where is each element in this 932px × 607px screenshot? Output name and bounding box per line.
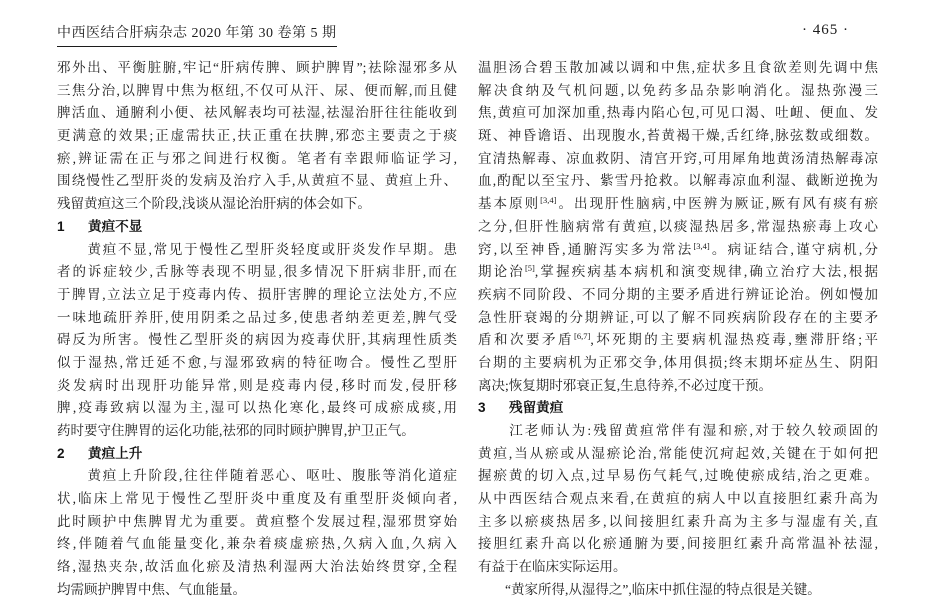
citation-ref: [3,4]	[540, 195, 556, 205]
text-line: 者的诉症较少,舌脉等表现不明显,很多情况下肝病非肝,而在	[57, 261, 457, 284]
text-line: “黄家所得,从湿得之”,临床中抓住湿的特点很是关键。	[478, 579, 878, 602]
text-line: 药时要守住脾胃的运化功能,祛邪的同时顾护脾胃,护卫正气。	[57, 420, 457, 443]
text-line: 邪外出、平衡脏腑,牢记“肝病传脾、顾护脾胃”;祛除湿邪多从	[57, 57, 457, 80]
text-line: 握瘀黄的切入点,过早易伤气耗气,过晚使瘀成结,治之更难。	[478, 465, 878, 488]
text-line: 三焦分治,以脾胃中焦为枢纽,不仅可从汗、尿、便而解,而且健	[57, 80, 457, 103]
text-line: 均需顾护脾胃中焦、气血能量。	[57, 579, 457, 602]
right-column: 温胆汤合碧玉散加减以调和中焦,症状多且食欲差则先调中焦解决食纳及气机问题,以免药…	[478, 57, 878, 602]
text-line: 脾,疫毒致病以湿为主,湿可以热化寒化,最终可成瘀成痰,用	[57, 397, 457, 420]
text-line: 血,酌配以至宝丹、紫雪丹抢救。以解毒凉血利湿、截断逆挽为	[478, 170, 878, 193]
text-line: 黄疸不显,常见于慢性乙型肝炎轻度或肝炎发作早期。患	[57, 239, 457, 262]
text-line: 围绕慢性乙型肝炎的发病及治疗入手,从黄疸不显、黄疸上升、	[57, 170, 457, 193]
text-line: 期论治[5],掌握疾病基本病机和演变规律,确立治疗大法,根据	[478, 261, 878, 284]
text-line: 盾和次要矛盾[6,7],坏死期的主要病机湿热疫毒,壅滞肝络;平	[478, 329, 878, 352]
section-title: 残留黄疸	[509, 400, 563, 415]
text-line: 络,湿热夹杂,故活血化瘀及清热利湿两大治法始终贯穿,全程	[57, 556, 457, 579]
text-line: 急性肝衰竭的分期辨证,可以了解不同疾病阶段存在的主要矛	[478, 307, 878, 330]
text-line: 碍反为所害。慢性乙型肝炎的病因为疫毒伏肝,其病理性质类	[57, 329, 457, 352]
text-line: 之分,但肝性脑病常有黄疸,以痰湿热居多,常湿热瘀毒上攻心	[478, 216, 878, 239]
text-line: 从中西医结合观点来看,在黄疸的病人中以直接胆红素升高为	[478, 488, 878, 511]
journal-page: 中西医结合肝病杂志 2020 年第 30 卷第 5 期 · 465 · 邪外出、…	[0, 0, 932, 607]
text-line: 主多以瘀痰热居多,以间接胆红素升高为主多与湿虚有关,直	[478, 511, 878, 534]
text-line: 疾病不同阶段、不同分期的主要矛盾进行辨证论治。例如慢加	[478, 284, 878, 307]
text-line: 脾活血、通腑利小便、祛风解表均可祛湿,祛湿治肝往往能收到	[57, 102, 457, 125]
section-title: 黄疸不显	[88, 219, 142, 234]
text-line: 接胆红素升高以化瘀通腑为要,间接胆红素升高常温补祛湿,	[478, 533, 878, 556]
section-number: 1	[57, 216, 88, 239]
section-number: 2	[57, 443, 88, 466]
text-line: 黄疸,当从瘀或从湿瘀论治,常能使沉疴起效,关键在于如何把	[478, 443, 878, 466]
citation-ref: [3,4]	[693, 241, 709, 251]
text-line: 台期的主要病机为正邪交争,体用俱损;终末期坏症丛生、阴阳	[478, 352, 878, 375]
text-line: 江老师认为:残留黄疸常伴有湿和瘀,对于较久较顽固的	[478, 420, 878, 443]
text-line: 炎发病时出现肝功能异常,则是疫毒内侵,移时而发,侵肝移	[57, 375, 457, 398]
section-heading: 3残留黄疸	[478, 397, 878, 420]
article-body: 邪外出、平衡脏腑,牢记“肝病传脾、顾护脾胃”;祛除湿邪多从三焦分治,以脾胃中焦为…	[57, 57, 878, 602]
text-line: 窍,以至神昏,通腑泻实多为常法[3,4]。病证结合,谨守病机,分	[478, 239, 878, 262]
text-line: 残留黄疸这三个阶段,浅谈从湿论治肝病的体会如下。	[57, 193, 457, 216]
text-line: 此时顾护中焦脾胃尤为重要。黄疸整个发展过程,湿邪贯穿始	[57, 511, 457, 534]
text-line: 更满意的效果;正虚需扶正,扶正重在扶脾,邪恋主要责之于痰	[57, 125, 457, 148]
page-header: 中西医结合肝病杂志 2020 年第 30 卷第 5 期 · 465 ·	[57, 22, 877, 47]
section-number: 3	[478, 397, 509, 420]
text-line: 终,伴随着气血能量变化,兼杂着痰虚瘀热,久病入血,久病入	[57, 533, 457, 556]
section-title: 黄疸上升	[88, 446, 142, 461]
text-line: 焦,黄疸可加深加重,热毒内陷心包,可见口渴、吐衄、便血、发	[478, 102, 878, 125]
text-line: 黄疸上升阶段,往往伴随着恶心、呕吐、腹胀等消化道症	[57, 465, 457, 488]
citation-ref: [6,7]	[574, 331, 590, 341]
text-line: 于脾胃,立法立足于疫毒内传、损肝害脾的理论立法处方,不应	[57, 284, 457, 307]
text-line: 宜清热解毒、凉血救阴、清宫开窍,可用犀角地黄汤清热解毒凉	[478, 148, 878, 171]
text-line: 温胆汤合碧玉散加减以调和中焦,症状多且食欲差则先调中焦	[478, 57, 878, 80]
section-heading: 1黄疸不显	[57, 216, 457, 239]
text-line: 瘀,辨证需在正与邪之间进行权衡。笔者有幸跟师临证学习,	[57, 148, 457, 171]
text-line: 离决;恢复期时邪衰正复,生息待养,不必过度干预。	[478, 375, 878, 398]
text-line: 解决食纳及气机问题,以免药多品杂影响消化。湿热弥漫三	[478, 80, 878, 103]
text-line: 有益于在临床实际运用。	[478, 556, 878, 579]
section-heading: 2黄疸上升	[57, 443, 457, 466]
left-column: 邪外出、平衡脏腑,牢记“肝病传脾、顾护脾胃”;祛除湿邪多从三焦分治,以脾胃中焦为…	[57, 57, 457, 602]
text-line: 一味地疏肝养肝,使用阴柔之品过多,使患者纳差更差,脾气受	[57, 307, 457, 330]
page-number: · 465 ·	[802, 22, 877, 39]
text-line: 状,临床上常见于慢性乙型肝炎中重度及有重型肝炎倾向者,	[57, 488, 457, 511]
text-line: 斑、神昏谵语、出现腹水,苔黄褐干燥,舌红绛,脉弦数或细数。	[478, 125, 878, 148]
text-line: 基本原则[3,4]。出现肝性脑病,中医辨为厥证,厥有风有痰有瘀	[478, 193, 878, 216]
text-line: 似于湿热,常迁延不愈,与湿邪致病的特征吻合。慢性乙型肝	[57, 352, 457, 375]
citation-ref: [5]	[525, 263, 535, 273]
journal-title: 中西医结合肝病杂志 2020 年第 30 卷第 5 期	[57, 22, 337, 47]
